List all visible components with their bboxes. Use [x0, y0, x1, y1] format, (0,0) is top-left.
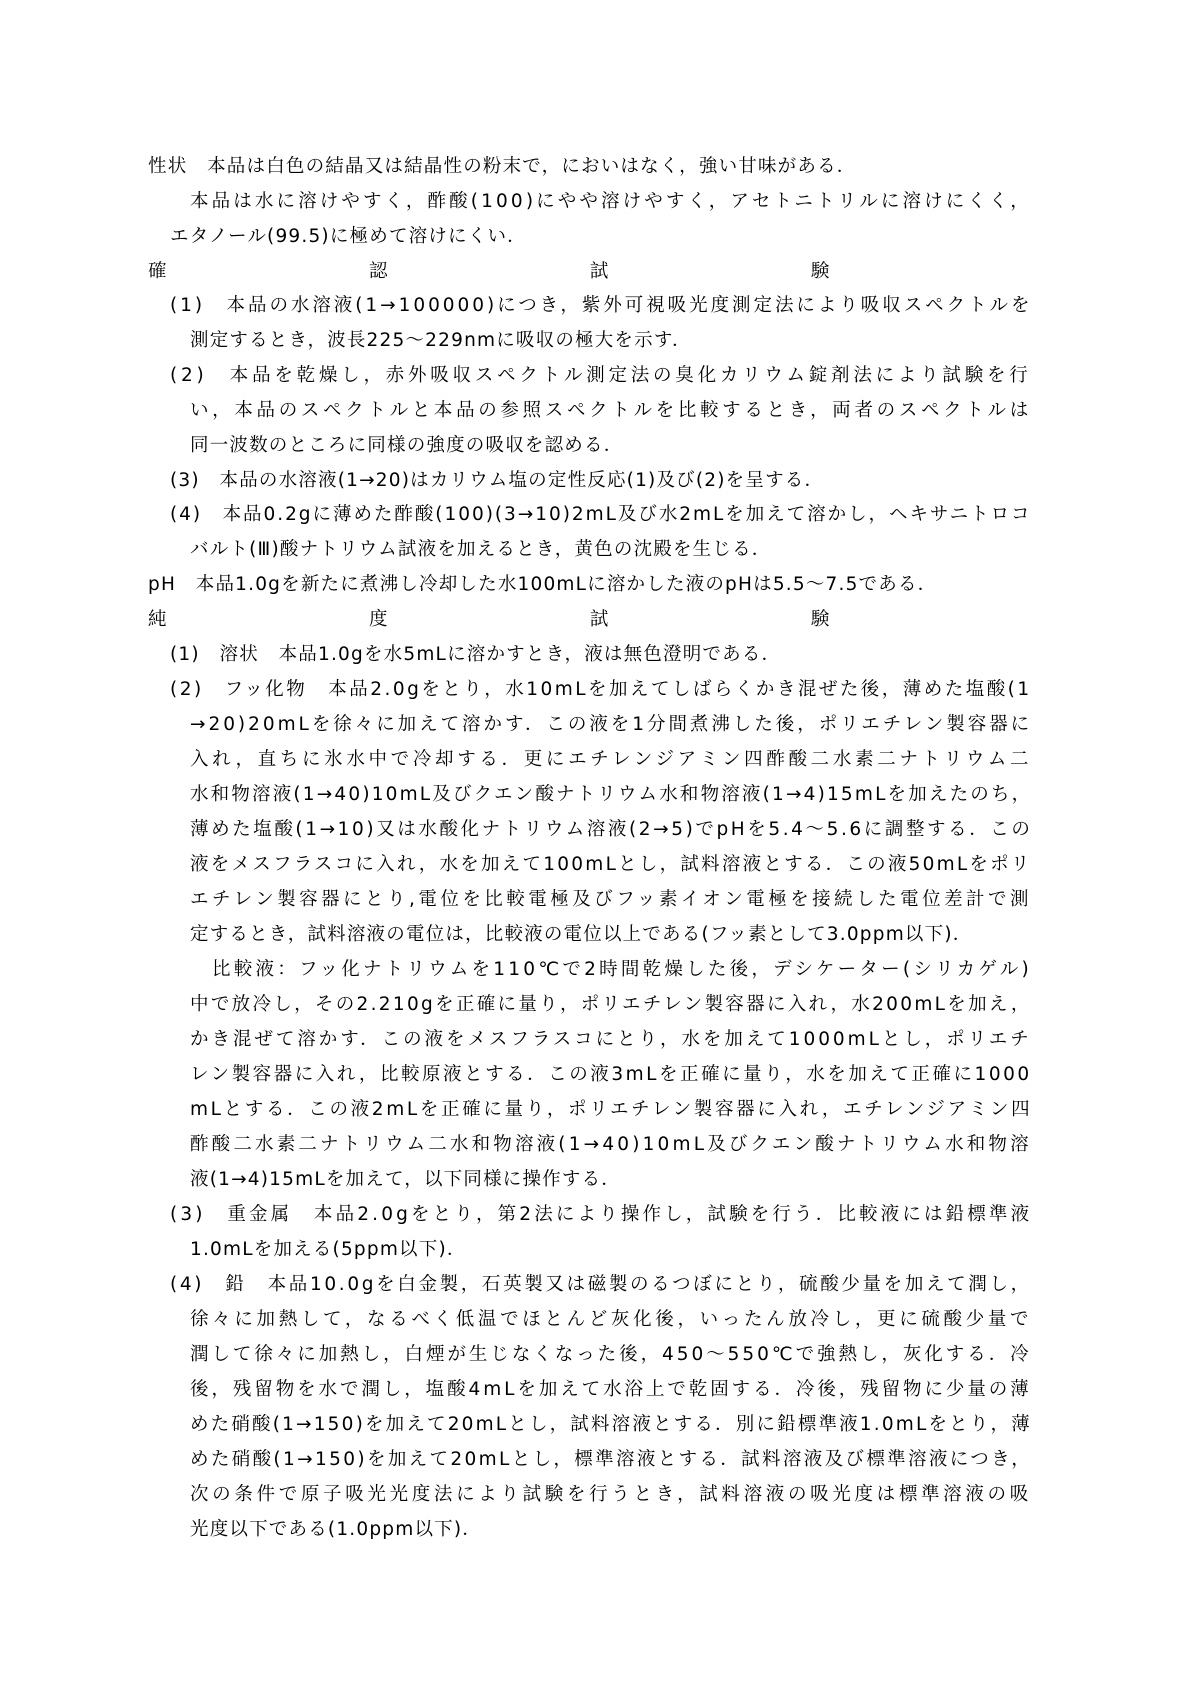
text-line: バルト(Ⅲ)酸ナトリウム試液を加えるとき，黄色の沈殿を生じる． — [190, 535, 771, 565]
text-line: 定するとき，試料溶液の電位は，比較液の電位以上である(フッ素として3.0ppm以… — [190, 920, 972, 950]
text-line: 液(1→4)15mLを加えて，以下同様に操作する． — [190, 1165, 621, 1195]
text-line: レン製容器に入れ，比較原液とする．この液3mLを正確に量り，水を加えて正確に10… — [190, 1060, 1032, 1090]
text-line: エタノール(99.5)に極めて溶けにくい． — [170, 222, 527, 252]
text-line: 潤して徐々に加熱し，白煙が生じなくなった後，450～550℃で強熱し，灰化する．… — [190, 1340, 1032, 1370]
text-line: (3) 本品の水溶液(1→20)はカリウム塩の定性反応(1)及び(2)を呈する． — [170, 466, 824, 496]
text-line: 薄めた塩酸(1→10)又は水酸化ナトリウム溶液(2→5)でpHを5.4～5.6に… — [190, 815, 1032, 845]
text-line: (4) 鉛 本品10.0gを白金製，石英製又は磁製のるつぼにとり，硫酸少量を加え… — [170, 1270, 1032, 1300]
text-line: 確認試験 — [148, 257, 1032, 287]
text-line: 性状 本品は白色の結晶又は結晶性の粉末で，においはなく，強い甘味がある． — [148, 152, 856, 182]
text-line: エチレン製容器にとり,電位を比較電極及びフッ素イオン電極を接続した電位差計で測 — [190, 885, 1032, 915]
text-line: 同一波数のところに同様の強度の吸収を認める． — [190, 431, 623, 461]
text-line: 液をメスフラスコに入れ，水を加えて100mLとし，試料溶液とする．この液50mL… — [190, 850, 1032, 880]
text-line: 水和物溶液(1→40)10mL及びクエン酸ナトリウム水和物溶液(1→4)15mL… — [190, 780, 1032, 810]
text-line: 中で放冷し，その2.210gを正確に量り，ポリエチレン製容器に入れ，水200mL… — [190, 990, 1032, 1020]
text-line: 本品は水に溶けやすく，酢酸(100)にやや溶けやすく，アセトニトリルに溶けにくく… — [190, 187, 1032, 217]
text-line: (3) 重金属 本品2.0gをとり，第2法により操作し，試験を行う．比較液には鉛… — [170, 1200, 1032, 1230]
text-line: 比較液：フッ化ナトリウムを110℃で2時間乾燥した後，デシケーター(シリカゲル) — [212, 955, 1032, 985]
text-line: (4) 本品0.2gに薄めた酢酸(100)(3→10)2mL及び水2mLを加えて… — [170, 500, 1032, 530]
text-line: mLとする．この液2mLを正確に量り，ポリエチレン製容器に入れ，エチレンジアミン… — [190, 1095, 1032, 1125]
text-line: 酢酸二水素二ナトリウム二水和物溶液(1→40)10mL及びクエン酸ナトリウム水和… — [190, 1130, 1032, 1160]
text-line: (1) 溶状 本品1.0gを水5mLに溶かすとき，液は無色澄明である． — [170, 640, 781, 670]
text-line: 1.0mLを加える(5ppm以下)． — [190, 1235, 467, 1265]
text-line: (1) 本品の水溶液(1→100000)につき，紫外可視吸光度測定法により吸収ス… — [170, 291, 1032, 321]
document-page: 性状 本品は白色の結晶又は結晶性の粉末で，においはなく，強い甘味がある．本品は水… — [0, 0, 1181, 1695]
text-line: 徐々に加熱して，なるべく低温でほとんど灰化後，いったん放冷し，更に硫酸少量で — [190, 1305, 1032, 1335]
text-line: 入れ，直ちに氷水中で冷却する．更にエチレンジアミン四酢酸二水素二ナトリウム二 — [190, 745, 1032, 775]
text-line: pH 本品1.0gを新たに煮沸し冷却した水100mLに溶かした液のpHは5.5～… — [148, 570, 937, 600]
text-line: 測定するとき，波長225～229nmに吸収の極大を示す． — [190, 326, 692, 356]
text-line: 後，残留物を水で潤し，塩酸4mLを加えて水浴上で乾固する．冷後，残留物に少量の薄 — [190, 1375, 1032, 1405]
text-line: めた硝酸(1→150)を加えて20mLとし，標準溶液とする．試料溶液及び標準溶液… — [190, 1445, 1032, 1475]
text-line: (2) フッ化物 本品2.0gをとり，水10mLを加えてしばらくかき混ぜた後，薄… — [170, 675, 1032, 705]
text-line: かき混ぜて溶かす．この液をメスフラスコにとり，水を加えて1000mLとし，ポリエ… — [190, 1025, 1032, 1055]
text-line: めた硝酸(1→150)を加えて20mLとし，試料溶液とする．別に鉛標準液1.0m… — [190, 1410, 1032, 1440]
text-line: 光度以下である(1.0ppm以下)． — [190, 1515, 482, 1545]
text-line: い，本品のスペクトルと本品の参照スペクトルを比較するとき，両者のスペクトルは — [190, 396, 1032, 426]
text-line: (2) 本品を乾燥し，赤外吸収スペクトル測定法の臭化カリウム錠剤法により試験を行 — [170, 361, 1032, 391]
text-line: →20)20mLを徐々に加えて溶かす．この液を1分間煮沸した後，ポリエチレン製容… — [190, 710, 1032, 740]
text-line: 純度試験 — [148, 605, 1032, 635]
text-line: 次の条件で原子吸光光度法により試験を行うとき，試料溶液の吸光度は標準溶液の吸 — [190, 1480, 1032, 1510]
